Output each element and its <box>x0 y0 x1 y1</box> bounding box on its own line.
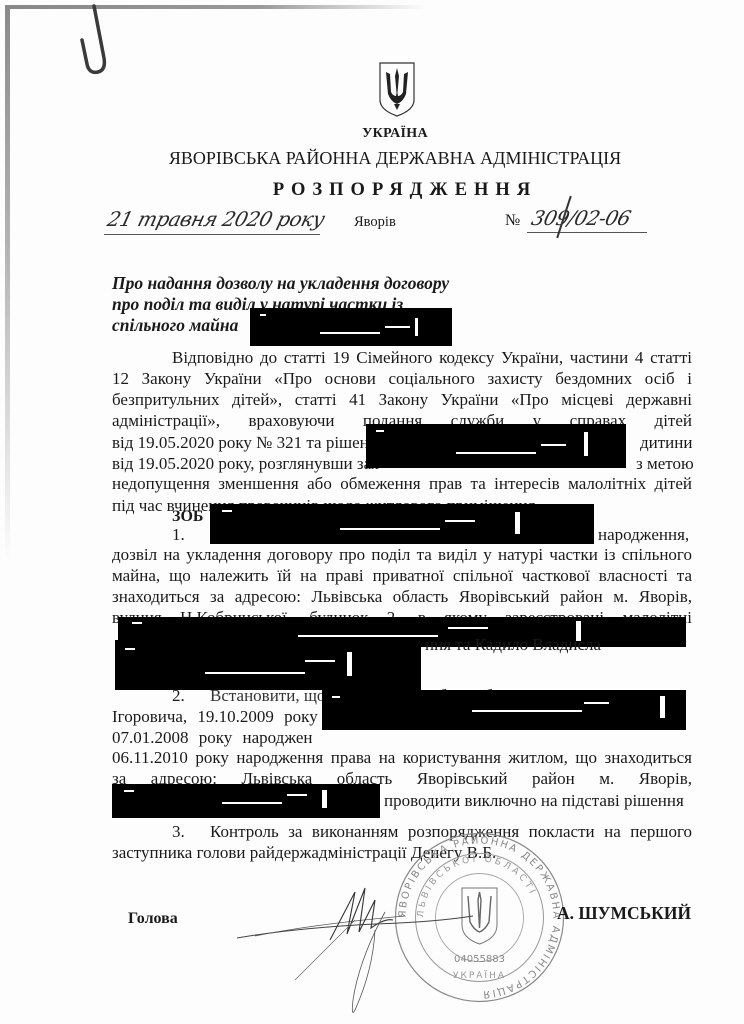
place-of-issue: Яворів <box>354 214 396 231</box>
redaction-block <box>210 504 594 544</box>
preamble-line-tail: з метою <box>636 453 694 474</box>
preamble-line: недопущення зменшення або обмеження прав… <box>112 474 692 494</box>
item2-line-head: 07.01.2008 року народжен <box>112 727 313 748</box>
redaction-block <box>322 690 686 730</box>
preamble-line: від 19.05.2020 року № 321 та рішенн <box>112 432 378 453</box>
item2-line-tail: проводити виключно на підставі рішення <box>384 790 684 811</box>
preamble-line: 12 Закону України «Про основи соціальног… <box>112 369 692 389</box>
item2-line-head: Встановити, що <box>210 685 325 706</box>
item2-line-head: Ігоровича, 19.10.2009 року <box>112 706 318 727</box>
country-heading: УКРАЇНА <box>0 126 744 142</box>
item1-line-tail: ння та Кадило Владисла <box>425 634 601 655</box>
handwritten-number: 309/02-06 <box>529 206 633 230</box>
trident-emblem-icon <box>377 60 417 118</box>
number-underline <box>527 232 647 233</box>
item-number: 3. <box>172 821 185 842</box>
redaction-block <box>366 424 626 468</box>
signatory-position: Голова <box>128 910 178 928</box>
handwritten-signature <box>235 880 475 1020</box>
subject-line: спільного майна <box>112 315 238 336</box>
redaction-block <box>115 640 421 690</box>
paperclip-icon <box>62 0 122 80</box>
item-number: 2. <box>172 685 185 706</box>
number-sign: № <box>505 212 520 230</box>
preamble-line: Відповідно до статті 19 Сімейного кодекс… <box>112 348 692 368</box>
item1-line: дозвіл на укладення договору про поділ т… <box>112 545 692 565</box>
item-number: 1. <box>172 524 185 545</box>
redaction-block <box>250 308 452 346</box>
signatory-name: А. ШУМСЬКИЙ <box>557 903 691 924</box>
preamble-line: від 19.05.2020 року, розглянувши зая <box>112 453 379 474</box>
item1-line: майна, що належить їй на праві приватної… <box>112 566 692 586</box>
item1-line-tail: народження, <box>598 524 689 545</box>
preamble-line: безпритульних дітей», статті 41 Закону У… <box>112 390 692 410</box>
redaction-block <box>112 784 380 818</box>
subject-line: Про надання дозволу на укладення договор… <box>112 273 449 294</box>
scan-page-edge-left <box>5 5 10 565</box>
item2-line: 06.11.2010 року народження права на кори… <box>112 748 692 768</box>
handwritten-date: 21 травня 2020 року <box>105 207 327 231</box>
organization-heading: ЯВОРІВСЬКА РАЙОННА ДЕРЖАВНА АДМІНІСТРАЦІ… <box>0 148 744 169</box>
document-type-heading: РОЗПОРЯДЖЕННЯ <box>0 180 744 201</box>
preamble-line-tail: дитини <box>640 432 692 453</box>
date-underline <box>104 234 320 235</box>
item1-line: знаходиться за адресою: Львівська област… <box>112 587 692 607</box>
